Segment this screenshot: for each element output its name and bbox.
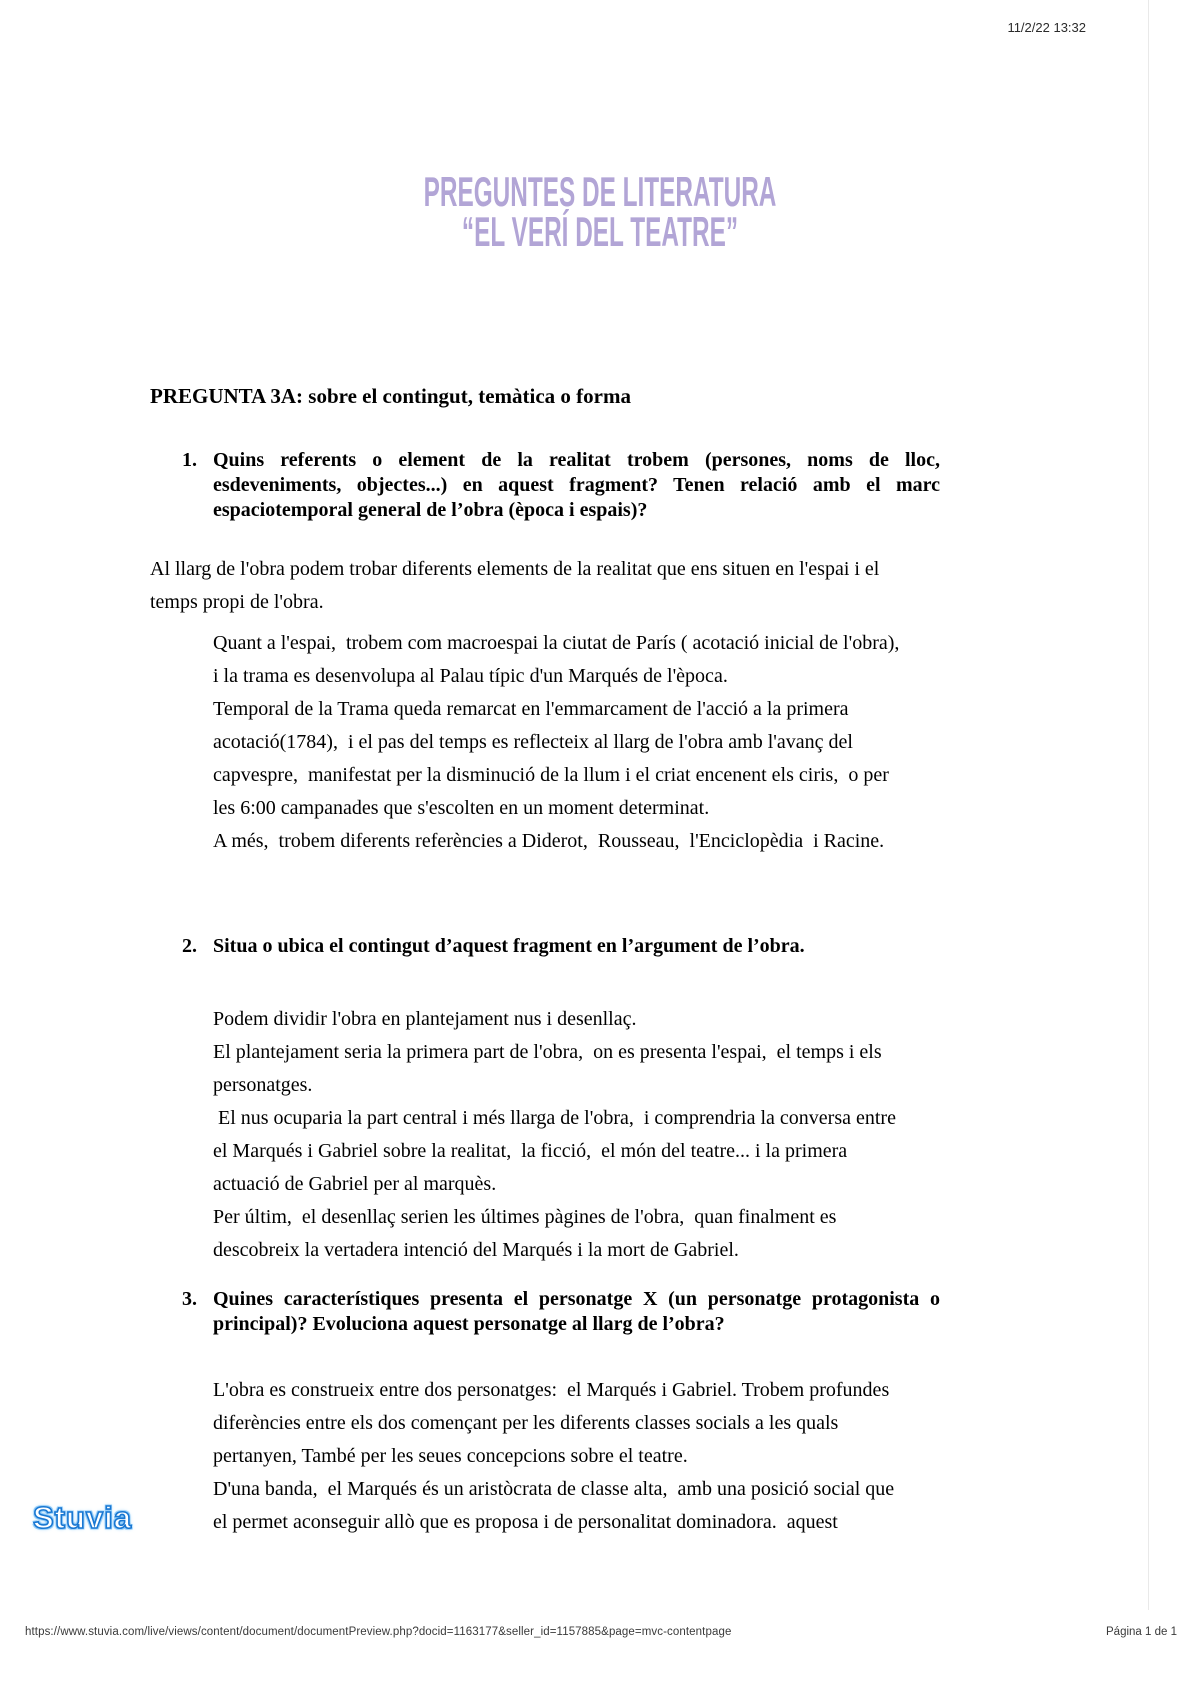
text-line: L'obra es construeix entre dos personatg… [213,1374,1013,1407]
document-title-line-2: “EL VERÍ DEL TEATRE” [252,212,948,252]
text-line: espaciotemporal general de l’obra (època… [213,498,940,523]
page-edge-line [1148,0,1149,1610]
text-line: les 6:00 campanades que s'escolten en un… [213,792,1013,825]
text-line: pertanyen, També per les seues concepcio… [213,1440,1013,1473]
text-line: Podem dividir l'obra en plantejament nus… [213,1003,1013,1036]
text-line: Al llarg de l'obra podem trobar diferent… [150,553,995,586]
text-line: A més, trobem diferents referències a Di… [213,825,1013,858]
text-line: El nus ocuparia la part central i més ll… [213,1102,1013,1135]
text-line: principal)? Evoluciona aquest personatge… [213,1312,940,1337]
answer-paragraph: Al llarg de l'obra podem trobar diferent… [150,553,995,619]
text-line: temps propi de l'obra. [150,586,995,619]
question-text: Quines característiques presenta el pers… [213,1287,940,1337]
question-number: 3. [182,1287,213,1337]
text-line: Quins referents o element de la realitat… [213,448,940,473]
question-item-1: 1. Quins referents o element de la reali… [182,448,1200,523]
footer-url: https://www.stuvia.com/live/views/conten… [25,1626,731,1638]
text-line: diferències entre els dos començant per … [213,1407,1013,1440]
text-line: i la trama es desenvolupa al Palau típic… [213,660,1013,693]
answer-paragraph: Quant a l'espai, trobem com macroespai l… [213,627,1013,858]
text-line: esdeveniments, objectes...) en aquest fr… [213,473,940,498]
stuvia-logo: Stuvia [33,1500,132,1536]
document-title-line-1: PREGUNTES DE LITERATURA [252,172,948,212]
text-line: Quines característiques presenta el pers… [213,1287,940,1312]
answer-paragraph: Podem dividir l'obra en plantejament nus… [213,1003,1013,1267]
question-text: Situa o ubica el contingut d’aquest frag… [213,934,940,959]
question-text: Quins referents o element de la realitat… [213,448,940,523]
print-datetime: 11/2/22 13:32 [1007,20,1086,35]
document-title: PREGUNTES DE LITERATURA “EL VERÍ DEL TEA… [0,0,1200,252]
footer-page-number: Página 1 de 1 [1106,1626,1177,1638]
text-line: Temporal de la Trama queda remarcat en l… [213,693,1013,726]
text-line: Situa o ubica el contingut d’aquest frag… [213,934,940,959]
question-item-3: 3. Quines característiques presenta el p… [182,1287,1200,1337]
text-line: capvespre, manifestat per la disminució … [213,759,1013,792]
question-number: 1. [182,448,213,523]
text-line: Quant a l'espai, trobem com macroespai l… [213,627,1013,660]
question-item-2: 2. Situa o ubica el contingut d’aquest f… [182,934,1200,959]
text-line: el Marqués i Gabriel sobre la realitat, … [213,1135,1013,1168]
text-line: Per últim, el desenllaç serien les últim… [213,1201,1013,1234]
text-line: acotació(1784), i el pas del temps es re… [213,726,1013,759]
answer-paragraph: L'obra es construeix entre dos personatg… [213,1374,1013,1539]
text-line: D'una banda, el Marqués és un aristòcrat… [213,1473,1013,1506]
text-line: descobreix la vertadera intenció del Mar… [213,1234,1013,1267]
print-preview-page: { "print_header": { "datetime": "11/2/22… [0,0,1200,1697]
section-heading: PREGUNTA 3A: sobre el contingut, temàtic… [150,383,1200,409]
text-line: el permet aconseguir allò que es proposa… [213,1506,1013,1539]
text-line: El plantejament seria la primera part de… [213,1036,1013,1069]
text-line: actuació de Gabriel per al marquès. [213,1168,1013,1201]
text-line: personatges. [213,1069,1013,1102]
question-number: 2. [182,934,213,959]
